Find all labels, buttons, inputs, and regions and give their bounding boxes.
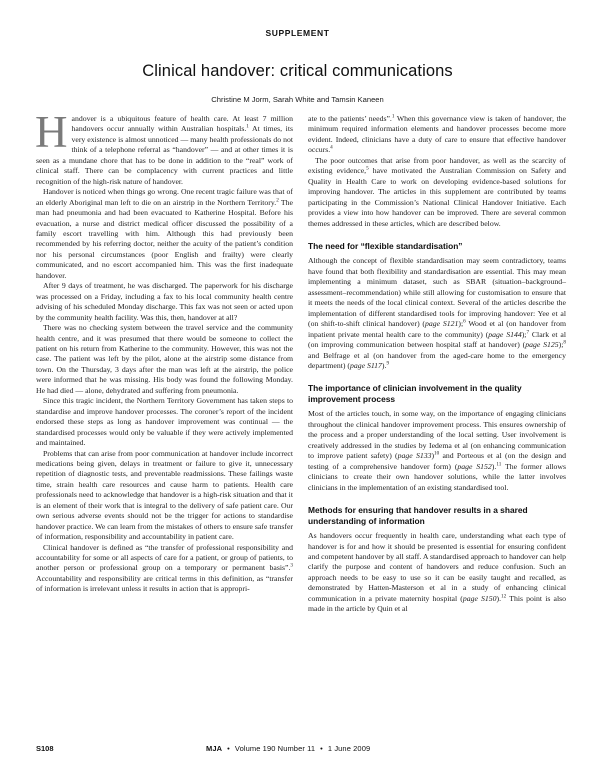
reference-8[interactable]: 8 [563,340,566,346]
reference-4[interactable]: 4 [330,145,333,151]
page-reference[interactable]: page S121 [425,319,458,328]
bullet-separator: • [320,744,323,753]
body-paragraph: The poor outcomes that arise from poor h… [308,156,566,229]
section-heading: The need for “flexible standardisation” [308,241,566,252]
body-paragraph: Most of the articles touch, in some way,… [308,409,566,493]
article-title: Clinical handover: critical communicatio… [0,62,595,81]
journal-citation: MJA•Volume 190 Number 11•1 June 2009 [206,744,370,753]
article-authors: Christine M Jorm, Sarah White and Tamsin… [0,95,595,104]
body-paragraph: Problems that can arise from poor commun… [36,449,293,543]
body-paragraph: After 9 days of treatment, he was discha… [36,281,293,323]
drop-cap: H [35,115,68,149]
section-label: SUPPLEMENT [0,28,595,38]
page-reference[interactable]: page S125 [525,340,558,349]
issue-date: 1 June 2009 [328,744,370,753]
reference-9[interactable]: 9 [386,360,389,366]
page-reference[interactable]: page S133 [398,451,432,460]
page-reference[interactable]: page S117 [350,361,382,370]
right-column: ate to the patients’ needs”.1 When this … [308,114,566,615]
section-heading: The importance of clinician involvement … [308,383,566,404]
page-reference[interactable]: page S152 [457,462,491,471]
body-paragraph: There was no checking system between the… [36,323,293,396]
bullet-separator: • [227,744,230,753]
body-paragraph: Clinical handover is defined as “the tra… [36,543,293,595]
intro-paragraph: Handover is a ubiquitous feature of heal… [36,114,293,187]
left-column: Handover is a ubiquitous feature of heal… [36,114,293,595]
page-reference[interactable]: page S144 [488,330,521,339]
section-heading: Methods for ensuring that handover resul… [308,505,566,526]
volume-issue: Volume 190 Number 11 [235,744,315,753]
body-paragraph: Since this tragic incident, the Northern… [36,396,293,448]
body-paragraph: Handover is noticed when things go wrong… [36,187,293,281]
page-number: S108 [36,744,54,753]
page-reference[interactable]: page S150 [463,594,497,603]
journal-name: MJA [206,744,222,753]
body-paragraph: ate to the patients’ needs”.1 When this … [308,114,566,156]
body-paragraph: As handovers occur frequently in health … [308,531,566,615]
body-paragraph: Although the concept of flexible standar… [308,256,566,371]
reference-3[interactable]: 3 [290,563,293,569]
